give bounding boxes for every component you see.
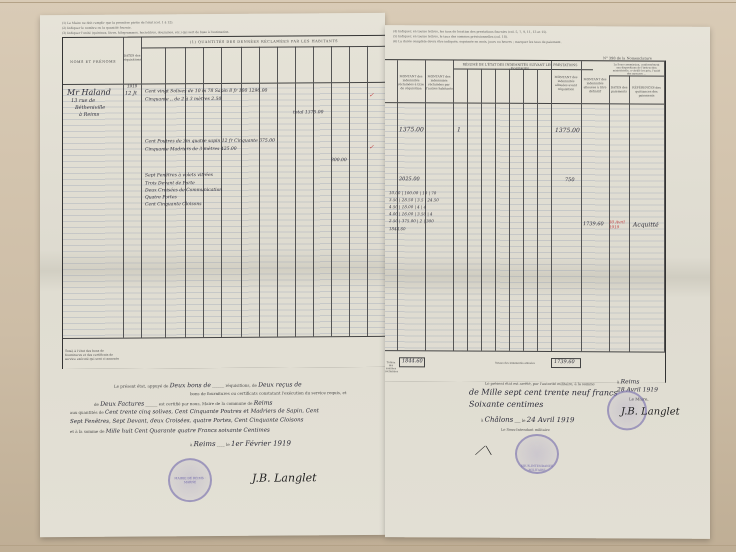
handwritten-commune: Reims xyxy=(254,400,273,407)
cell-values: 4.00 | 16.00 | 3.50 | 4 xyxy=(389,211,432,216)
handwritten-quantities: Cent trente cinq solives, Cent Cinquante… xyxy=(105,408,319,415)
mairie-stamp: MAIRIE DE REIMS · MARNE xyxy=(168,458,212,502)
table-plank-seam xyxy=(0,2,736,3)
total-row: Total, à l'état des bons de fournitures … xyxy=(63,336,385,369)
handwritten-amount: de Mille sept cent trente neuf francs xyxy=(469,388,618,398)
entry-address: Bétheniville xyxy=(75,105,105,111)
printed-text: réquisitions, de xyxy=(225,383,256,388)
total-claimed-box: 1844.60 xyxy=(399,357,425,367)
entry-item-line: Cent vingt Solives de 10 m 78 Sapin 8 fr… xyxy=(145,89,267,95)
entry-name: Mr Haland xyxy=(67,88,111,97)
column-divider xyxy=(509,69,510,381)
column-header: MONTANT des indemnités allouées avant ré… xyxy=(551,75,581,91)
column-divider xyxy=(313,46,314,366)
handwritten-count: Deux bons de xyxy=(170,382,211,389)
entry-subtotal: 800.00 xyxy=(331,158,347,163)
amount-allowed: 750 xyxy=(565,177,575,183)
column-header: MONTANT des indemnités réclamées à titre… xyxy=(397,74,425,90)
cell-values: 4.50 | 18.00 | 4 | 4 xyxy=(389,204,426,209)
total-allowed-box: 1739.60 xyxy=(551,358,581,368)
total-allowed-label: Totaux des indemnités allouées xyxy=(485,362,545,365)
column-divider xyxy=(259,47,260,367)
subtotal: 1844.60 xyxy=(389,226,406,231)
handwritten-place: Reims xyxy=(621,378,640,385)
column-header: MONTANT des indemnités réclamées par d'a… xyxy=(425,74,453,90)
intendance-stamp: SOUS-INTENDANCE MILITAIRE xyxy=(515,434,559,474)
column-divider xyxy=(123,38,124,368)
column-header: RÉFÉRENCES des quittances des paiements xyxy=(629,85,664,97)
handwritten-amount: Soixante centimes xyxy=(469,400,543,409)
red-check-mark: ✓ xyxy=(369,92,374,99)
stamp-text: SOUS-INTENDANCE MILITAIRE xyxy=(517,464,557,472)
printed-text: bons de fournitures ou certificats const… xyxy=(190,390,346,396)
right-page: (4) Indiquer, en toutes lettres, les tau… xyxy=(385,25,710,539)
handwritten-quantities: Sept Fenêtres, Sept Devant, deux Croisée… xyxy=(70,417,304,425)
left-page: (1) Le Maire ne doit remplir que la prem… xyxy=(40,13,385,537)
cell-values: 10.00 | 100.00 | 10 | 70 xyxy=(389,190,436,195)
right-notes: (4) Indiquer, en toutes lettres, les tau… xyxy=(393,29,633,45)
entry-address: 13 rue de xyxy=(71,98,95,104)
handwritten-count: Deux reçus de xyxy=(258,381,302,388)
column-header: DATES des paiements xyxy=(609,85,629,93)
table-plank-seam xyxy=(0,545,736,546)
printed-text: et à la somme de xyxy=(70,429,104,434)
red-check-mark: ✓ xyxy=(369,144,374,151)
column-divider xyxy=(495,69,496,381)
column-divider xyxy=(481,69,482,381)
entry-item-line: Trois Devant de Porte xyxy=(145,181,195,186)
amount-allowed: 1375.00 xyxy=(555,127,580,134)
column-divider xyxy=(523,69,524,381)
cell-value: 1 xyxy=(457,127,461,134)
signatory-title: Le Sous-Intendant militaire xyxy=(501,428,550,432)
column-divider xyxy=(221,47,222,367)
left-notes: (1) Le Maire ne doit remplir que la prem… xyxy=(62,19,362,36)
stamp-text: MAIRIE DE REIMS · MARNE xyxy=(170,476,210,484)
amount-claimed: 2025.00 xyxy=(399,176,420,182)
left-table: (1) QUANTITÉS DES DENRÉES RÉCLAMÉES PAR … xyxy=(62,35,386,369)
payment-date: 30 Avril 1919 xyxy=(609,219,629,229)
entry-item-line: Quatre Portes xyxy=(145,195,177,200)
column-divider xyxy=(241,47,242,367)
handwritten-amount: Mille huit Cent Quarante quatre Francs s… xyxy=(106,428,270,435)
entry-item-line: Cinquante Madriers de 3 mètres 425.00 xyxy=(145,147,237,153)
receipt-acquitte: Acquitté xyxy=(633,221,659,228)
entry-item-line: Cent Cinquante Cloisons xyxy=(145,202,202,207)
printed-text: de xyxy=(94,402,99,407)
total-allowed: 1739.60 xyxy=(554,359,575,365)
handwritten-place: Reims xyxy=(194,440,216,448)
handwritten-invoices: Deux Factures xyxy=(100,400,144,407)
entry-date: 12 Jt xyxy=(125,91,137,97)
column-divider xyxy=(295,46,296,366)
total-label: Total, à l'état des bons de fournitures … xyxy=(65,349,121,361)
handwritten-date: 24 Avril 1919 xyxy=(527,416,575,424)
cell-values: 3.50 | 28.50 | 3.5 | 24.50 xyxy=(389,197,439,202)
printed-text: Le présent état, appuyé de xyxy=(114,383,168,388)
printed-text: à xyxy=(481,418,483,423)
mayor-signature: J.B. Langlet xyxy=(252,471,317,484)
entry-city: à Reims xyxy=(79,112,99,118)
column-header: MONTANT des indemnités allouées à titre … xyxy=(581,77,609,93)
printed-text: le xyxy=(226,442,230,447)
column-divider xyxy=(453,61,454,381)
entry-subtotal: total 1375.00 xyxy=(293,110,324,115)
printed-text: à xyxy=(190,442,192,447)
amount-claimed: 1375.00 xyxy=(399,126,424,133)
column-divider xyxy=(664,62,665,382)
printed-text: est certifié par nous, Maire de la commu… xyxy=(159,401,253,407)
allowed-total: 1739.60 xyxy=(583,221,604,227)
total-claimed: 1844.60 xyxy=(402,358,423,364)
column-divider xyxy=(203,47,204,367)
handwritten-date: 1er Février 1919 xyxy=(231,439,291,447)
entry-item-line: Cent Poutres de 3m quatre sapin 12 fr Ci… xyxy=(145,139,275,145)
mayor-signature: J.B. Langlet xyxy=(621,406,680,417)
right-table: RÉSUMÉ DE L'ÉTAT DES INDEMNITÉS SUIVANT … xyxy=(385,59,666,382)
column-divider xyxy=(581,61,582,381)
printed-text: Le présent état est arrêté, par l'autori… xyxy=(485,382,595,387)
intendant-signature: ⟋⟍ xyxy=(475,444,492,459)
entry-item-line: Sept Fenêtres à volets vitrées xyxy=(145,173,213,178)
column-divider xyxy=(367,46,368,366)
verification-box: La Sous-commission, conformément aux dis… xyxy=(609,61,664,76)
printed-text: aux quantités de xyxy=(70,410,104,415)
column-divider xyxy=(551,61,552,381)
verification-note: La Sous-commission, conformément aux dis… xyxy=(611,63,662,75)
column-divider xyxy=(467,69,468,381)
column-divider xyxy=(629,75,630,381)
note: (6) La durée complète devra être indiqué… xyxy=(393,39,633,45)
total-claimed-label: Totaux des sommes réclamées xyxy=(385,361,397,373)
entry-item-line: Deux Croisées de Communication xyxy=(145,188,222,194)
ruled-lines xyxy=(63,82,385,368)
ruled-lines xyxy=(385,102,665,381)
column-divider xyxy=(331,46,332,366)
entry-year: 1919 xyxy=(127,84,137,89)
cell-values: 2.50 | 375.00 | 2 | 300 xyxy=(389,218,434,223)
entry-item-line: Cinquante ,, de 2 à 3 mètres 2.50 xyxy=(145,97,221,103)
printed-text: le xyxy=(522,418,526,423)
column-divider xyxy=(537,69,538,381)
column-divider xyxy=(141,37,142,367)
column-divider xyxy=(349,46,350,366)
column-header-names: NOMS ET PRÉNOMS xyxy=(63,60,123,64)
column-divider xyxy=(277,47,278,367)
handwritten-place: Châlons xyxy=(485,416,514,424)
column-header-dates: DATES des réquisitions xyxy=(123,53,141,61)
